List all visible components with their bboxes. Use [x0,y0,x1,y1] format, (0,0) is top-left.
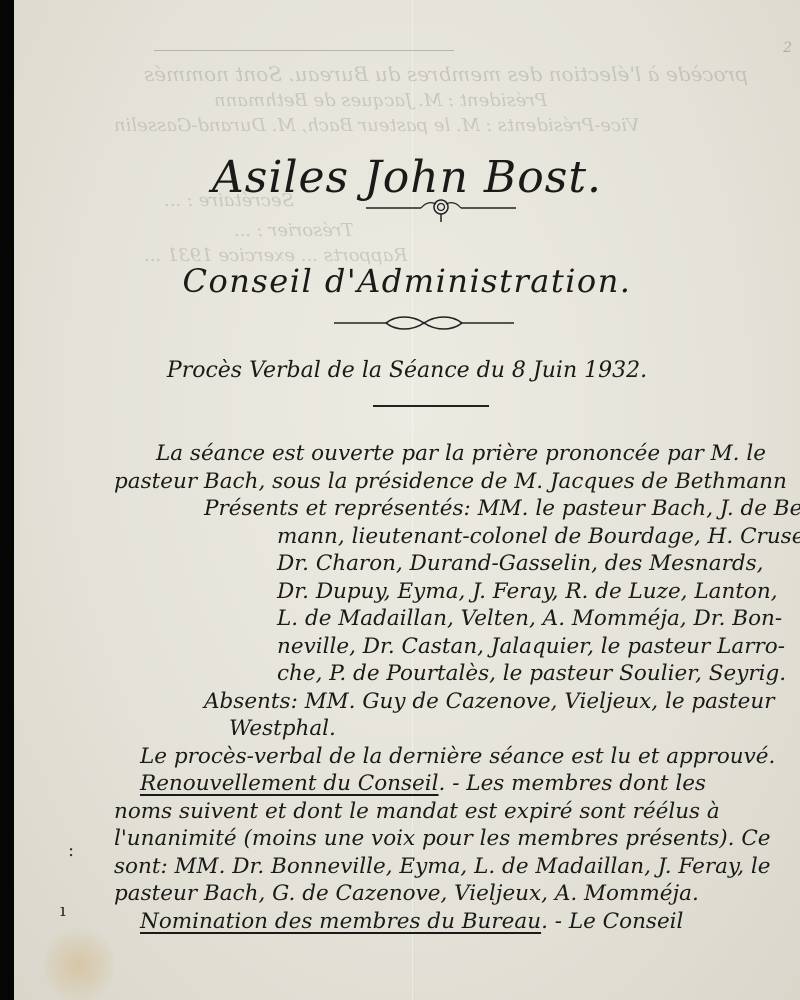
renewal-line: pasteur Bach, G. de Cazenove, Vieljeux, … [114,880,800,908]
present-line: mann, lieutenant-colonel de Bourdage, H.… [114,523,800,551]
nomination-heading: Nomination des membres du Bureau [140,909,541,934]
bleed-line: Président : M. Jacques de Bethmann [214,90,547,111]
present-line: Dr. Dupuy, Eyma, J. Feray, R. de Luze, L… [114,578,800,606]
document-page: 2 procède à l'élection des membres du Bu… [14,0,800,1000]
present-line: Présents et représentés: MM. le pasteur … [114,495,800,523]
approval-line: Le procès-verbal de la dernière séance e… [114,743,800,771]
present-line: Dr. Charon, Durand-Gasselin, des Mesnard… [114,550,800,578]
session-title: Procès Verbal de la Séance du 8 Juin 193… [14,358,800,383]
paper-stain [44,925,114,1000]
present-line: neville, Dr. Castan, Jalaquier, le paste… [114,633,800,661]
margin-tick-mark: ı [60,900,66,921]
bleed-page-number: 2 [783,40,792,56]
section-title: Conseil d'Administration. [14,262,800,300]
renewal-rest: . - Les membres dont les [439,771,706,796]
margin-dot-mark: : [68,840,74,861]
bleed-line: Vice-Présidents : M. le pasteur Bach, M.… [114,115,640,136]
renewal-line: noms suivent et dont le mandat est expir… [114,798,800,826]
renewal-line: l'unanimité (moins une voix pour les mem… [114,825,800,853]
opening-line: La séance est ouverte par la prière pron… [114,440,800,468]
bleed-rule [154,50,454,51]
minutes-body: La séance est ouverte par la prière pron… [114,440,800,935]
absent-line: Absents: MM. Guy de Cazenove, Vieljeux, … [114,688,800,716]
nomination-rest: . - Le Conseil [541,909,683,934]
session-underline [373,405,489,407]
bleed-line: procède à l'élection des membres du Bure… [144,62,748,86]
renewal-heading: Renouvellement du Conseil [140,771,439,796]
opening-line: pasteur Bach, sous la présidence de M. J… [114,468,800,496]
scan-border [0,0,14,1000]
bleed-line: Trésorier : ... [234,220,354,241]
nomination-line: Nomination des membres du Bureau. - Le C… [114,908,800,936]
renewal-line: sont: MM. Dr. Bonneville, Eyma, L. de Ma… [114,853,800,881]
present-line: L. de Madaillan, Velten, A. Momméja, Dr.… [114,605,800,633]
spiral-ornament-icon [366,196,516,226]
renewal-line: Renouvellement du Conseil. - Les membres… [114,770,800,798]
scroll-ornament-icon [334,313,514,333]
present-line: che, P. de Pourtalès, le pasteur Soulier… [114,660,800,688]
absent-line: Westphal. [114,715,800,743]
